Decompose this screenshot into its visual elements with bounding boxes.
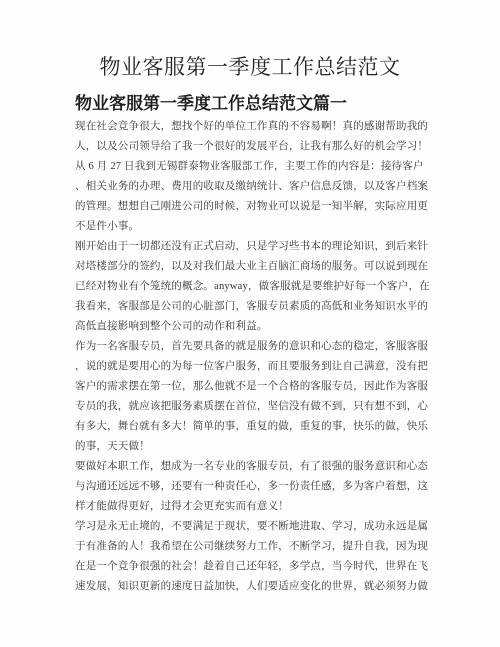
text-line: 我看来，客服部是公司的心脏部门，客服专员素质的高低和业务知识水平的 [75, 297, 427, 317]
text-line: 在是一个竞争很强的社会！趁着自己还年轻，多学点，当今时代，世界在飞 [75, 557, 427, 577]
text-line: 速发展，知识更新的速度日益加快，人们要适应变化的世界，就必须努力做 [75, 577, 427, 597]
text-line: 的管理。想想自己刚进公司的时候，对物业可以说是一知半解，实际应用更 [75, 197, 427, 217]
document-page: 物业客服第一季度工作总结范文 物业客服第一季度工作总结范文篇一 现在社会竞争很大… [0, 0, 500, 647]
text-line: 与沟通还远远不够，还要有一种责任心，多一份责任感，多为客户着想，这 [75, 477, 427, 497]
document-title: 物业客服第一季度工作总结范文 [10, 50, 490, 84]
text-line: 于有准备的人！我希望在公司继续努力工作，不断学习，提升自我，因为现 [75, 537, 427, 557]
text-line: 不是件小事。 [75, 217, 427, 237]
text-line: 现在社会竞争很大，想找个好的单位工作真的不容易啊！真的感谢帮助我的 [75, 117, 427, 137]
text-line: 、相关业务的办理、费用的收取及缴纳统计、客户信息反馈，以及客户档案 [75, 177, 427, 197]
text-line: 专员的我，就应该把服务素质摆在首位，坚信没有做不到，只有想不到，心 [75, 397, 427, 417]
text-line: 已经对物业有个笼统的概念。anyway，做客服就是要维护好每一个客户，在 [75, 277, 427, 297]
text-line: 有多大，舞台就有多大！简单的事，重复的做，重复的事，快乐的做，快乐 [75, 417, 427, 437]
text-line: 人，以及公司领导给了我一个很好的发展平台，让我有那么好的机会学习！ [75, 137, 427, 157]
text-line: 作为一名客服专员，首先要具备的就是服务的意识和心态的稳定，客服客服 [75, 337, 427, 357]
text-line: 客户的需求摆在第一位，那么他就不是一个合格的客服专员，因此作为客服 [75, 377, 427, 397]
document-subtitle: 物业客服第一季度工作总结范文篇一 [75, 93, 425, 114]
text-line: 要做好本职工作，想成为一名专业的客服专员，有了很强的服务意识和心态 [75, 457, 427, 477]
paragraph-4: 要做好本职工作，想成为一名专业的客服专员，有了很强的服务意识和心态 与沟通还远远… [75, 457, 427, 517]
text-line: 从 6 月 27 日我到无锡群泰物业客服部工作，主要工作的内容是：接待客户 [75, 157, 427, 177]
paragraph-2: 刚开始由于一切都还没有正式启动，只是学习些书本的理论知识，到后来针 对塔楼部分的… [75, 237, 427, 337]
text-line: 高低直接影响到整个公司的动作和利益。 [75, 317, 427, 337]
text-line: 的事，天天做！ [75, 437, 427, 457]
text-line: 刚开始由于一切都还没有正式启动，只是学习些书本的理论知识，到后来针 [75, 237, 427, 257]
text-line: 样才能做得更好，过得才会更充实而有意义！ [75, 497, 427, 517]
paragraph-1: 现在社会竞争很大，想找个好的单位工作真的不容易啊！真的感谢帮助我的 人，以及公司… [75, 117, 427, 237]
text-line: 学习是永无止境的，不要满足于现状，要不断地进取、学习，成功永远是属 [75, 517, 427, 537]
document-body: 现在社会竞争很大，想找个好的单位工作真的不容易啊！真的感谢帮助我的 人，以及公司… [75, 117, 427, 597]
text-line: ，说的就是要用心的为每一位客户服务，而且要服务到让自己满意，没有把 [75, 357, 427, 377]
text-line: 对塔楼部分的签约，以及对我们最大业主百脑汇商场的服务。可以说到现在 [75, 257, 427, 277]
paragraph-5: 学习是永无止境的，不要满足于现状，要不断地进取、学习，成功永远是属 于有准备的人… [75, 517, 427, 597]
paragraph-3: 作为一名客服专员，首先要具备的就是服务的意识和心态的稳定，客服客服 ，说的就是要… [75, 337, 427, 457]
